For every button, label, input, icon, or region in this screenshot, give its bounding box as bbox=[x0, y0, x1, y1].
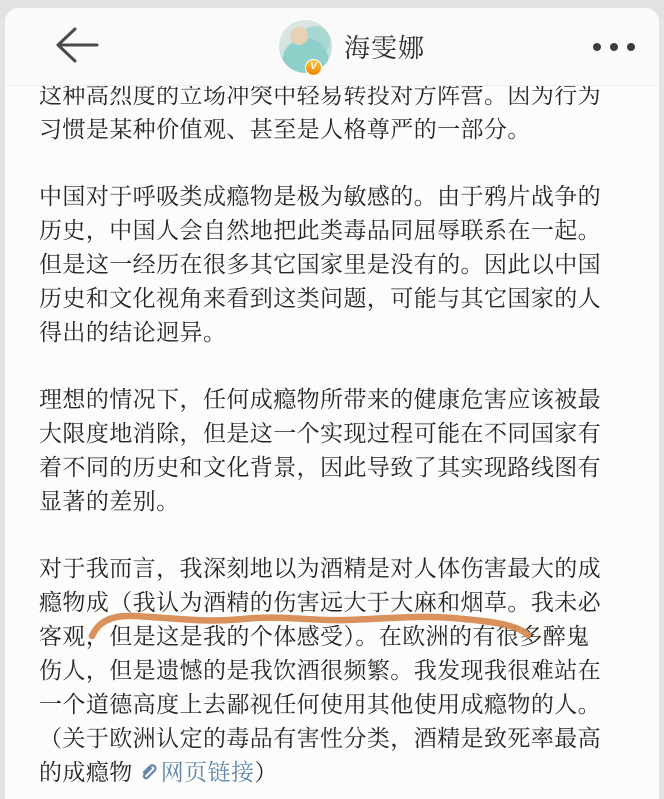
post-paragraph-with-link: 对于我而言，我深刻地以为酒精是对人体伤害最大的成瘾物成（我认为酒精的伤害远大于大… bbox=[39, 551, 605, 789]
post-content: 这种高烈度的立场冲突中轻易转投对方阵营。因为行为习惯是某种价值观、甚至是人格尊严… bbox=[5, 86, 659, 799]
verified-badge-icon: V bbox=[305, 59, 322, 76]
weibo-post-page: V 海雯娜 这种高烈度的立场冲突中轻易转投对方阵营。因为行为习惯是某种价值观、甚… bbox=[0, 0, 664, 799]
navigation-header: V 海雯娜 bbox=[5, 8, 659, 86]
paragraph-text: 对于我而言，我深刻地以为酒精是对人体伤害最大的成瘾物成（我认为酒精的伤害远大于大… bbox=[39, 555, 601, 785]
back-arrow-icon bbox=[53, 26, 99, 67]
post-card: V 海雯娜 这种高烈度的立场冲突中轻易转投对方阵营。因为行为习惯是某种价值观、甚… bbox=[5, 8, 659, 799]
post-paragraph: 中国对于呼吸类成瘾物是极为敏感的。由于鸦片战争的历史，中国人会自然地把此类毒品同… bbox=[39, 179, 605, 349]
webpage-link[interactable]: 网页链接 bbox=[133, 759, 255, 785]
webpage-link-label: 网页链接 bbox=[161, 759, 255, 785]
more-options-button[interactable] bbox=[589, 33, 639, 61]
post-paragraph: 这种高烈度的立场冲突中轻易转投对方阵营。因为行为习惯是某种价值观、甚至是人格尊严… bbox=[39, 86, 605, 146]
author-profile[interactable]: V 海雯娜 bbox=[279, 20, 425, 73]
avatar[interactable]: V bbox=[279, 20, 332, 73]
paragraph-text: ） bbox=[254, 759, 277, 785]
back-button[interactable] bbox=[51, 25, 101, 69]
ellipsis-icon bbox=[593, 43, 635, 51]
post-paragraph: 理想的情况下，任何成瘾物所带来的健康危害应该被最大限度地消除，但是这一个实现过程… bbox=[39, 382, 605, 518]
paperclip-link-icon bbox=[137, 761, 159, 783]
post-text: 这种高烈度的立场冲突中轻易转投对方阵营。因为行为习惯是某种价值观、甚至是人格尊严… bbox=[39, 86, 659, 789]
username[interactable]: 海雯娜 bbox=[344, 28, 425, 65]
